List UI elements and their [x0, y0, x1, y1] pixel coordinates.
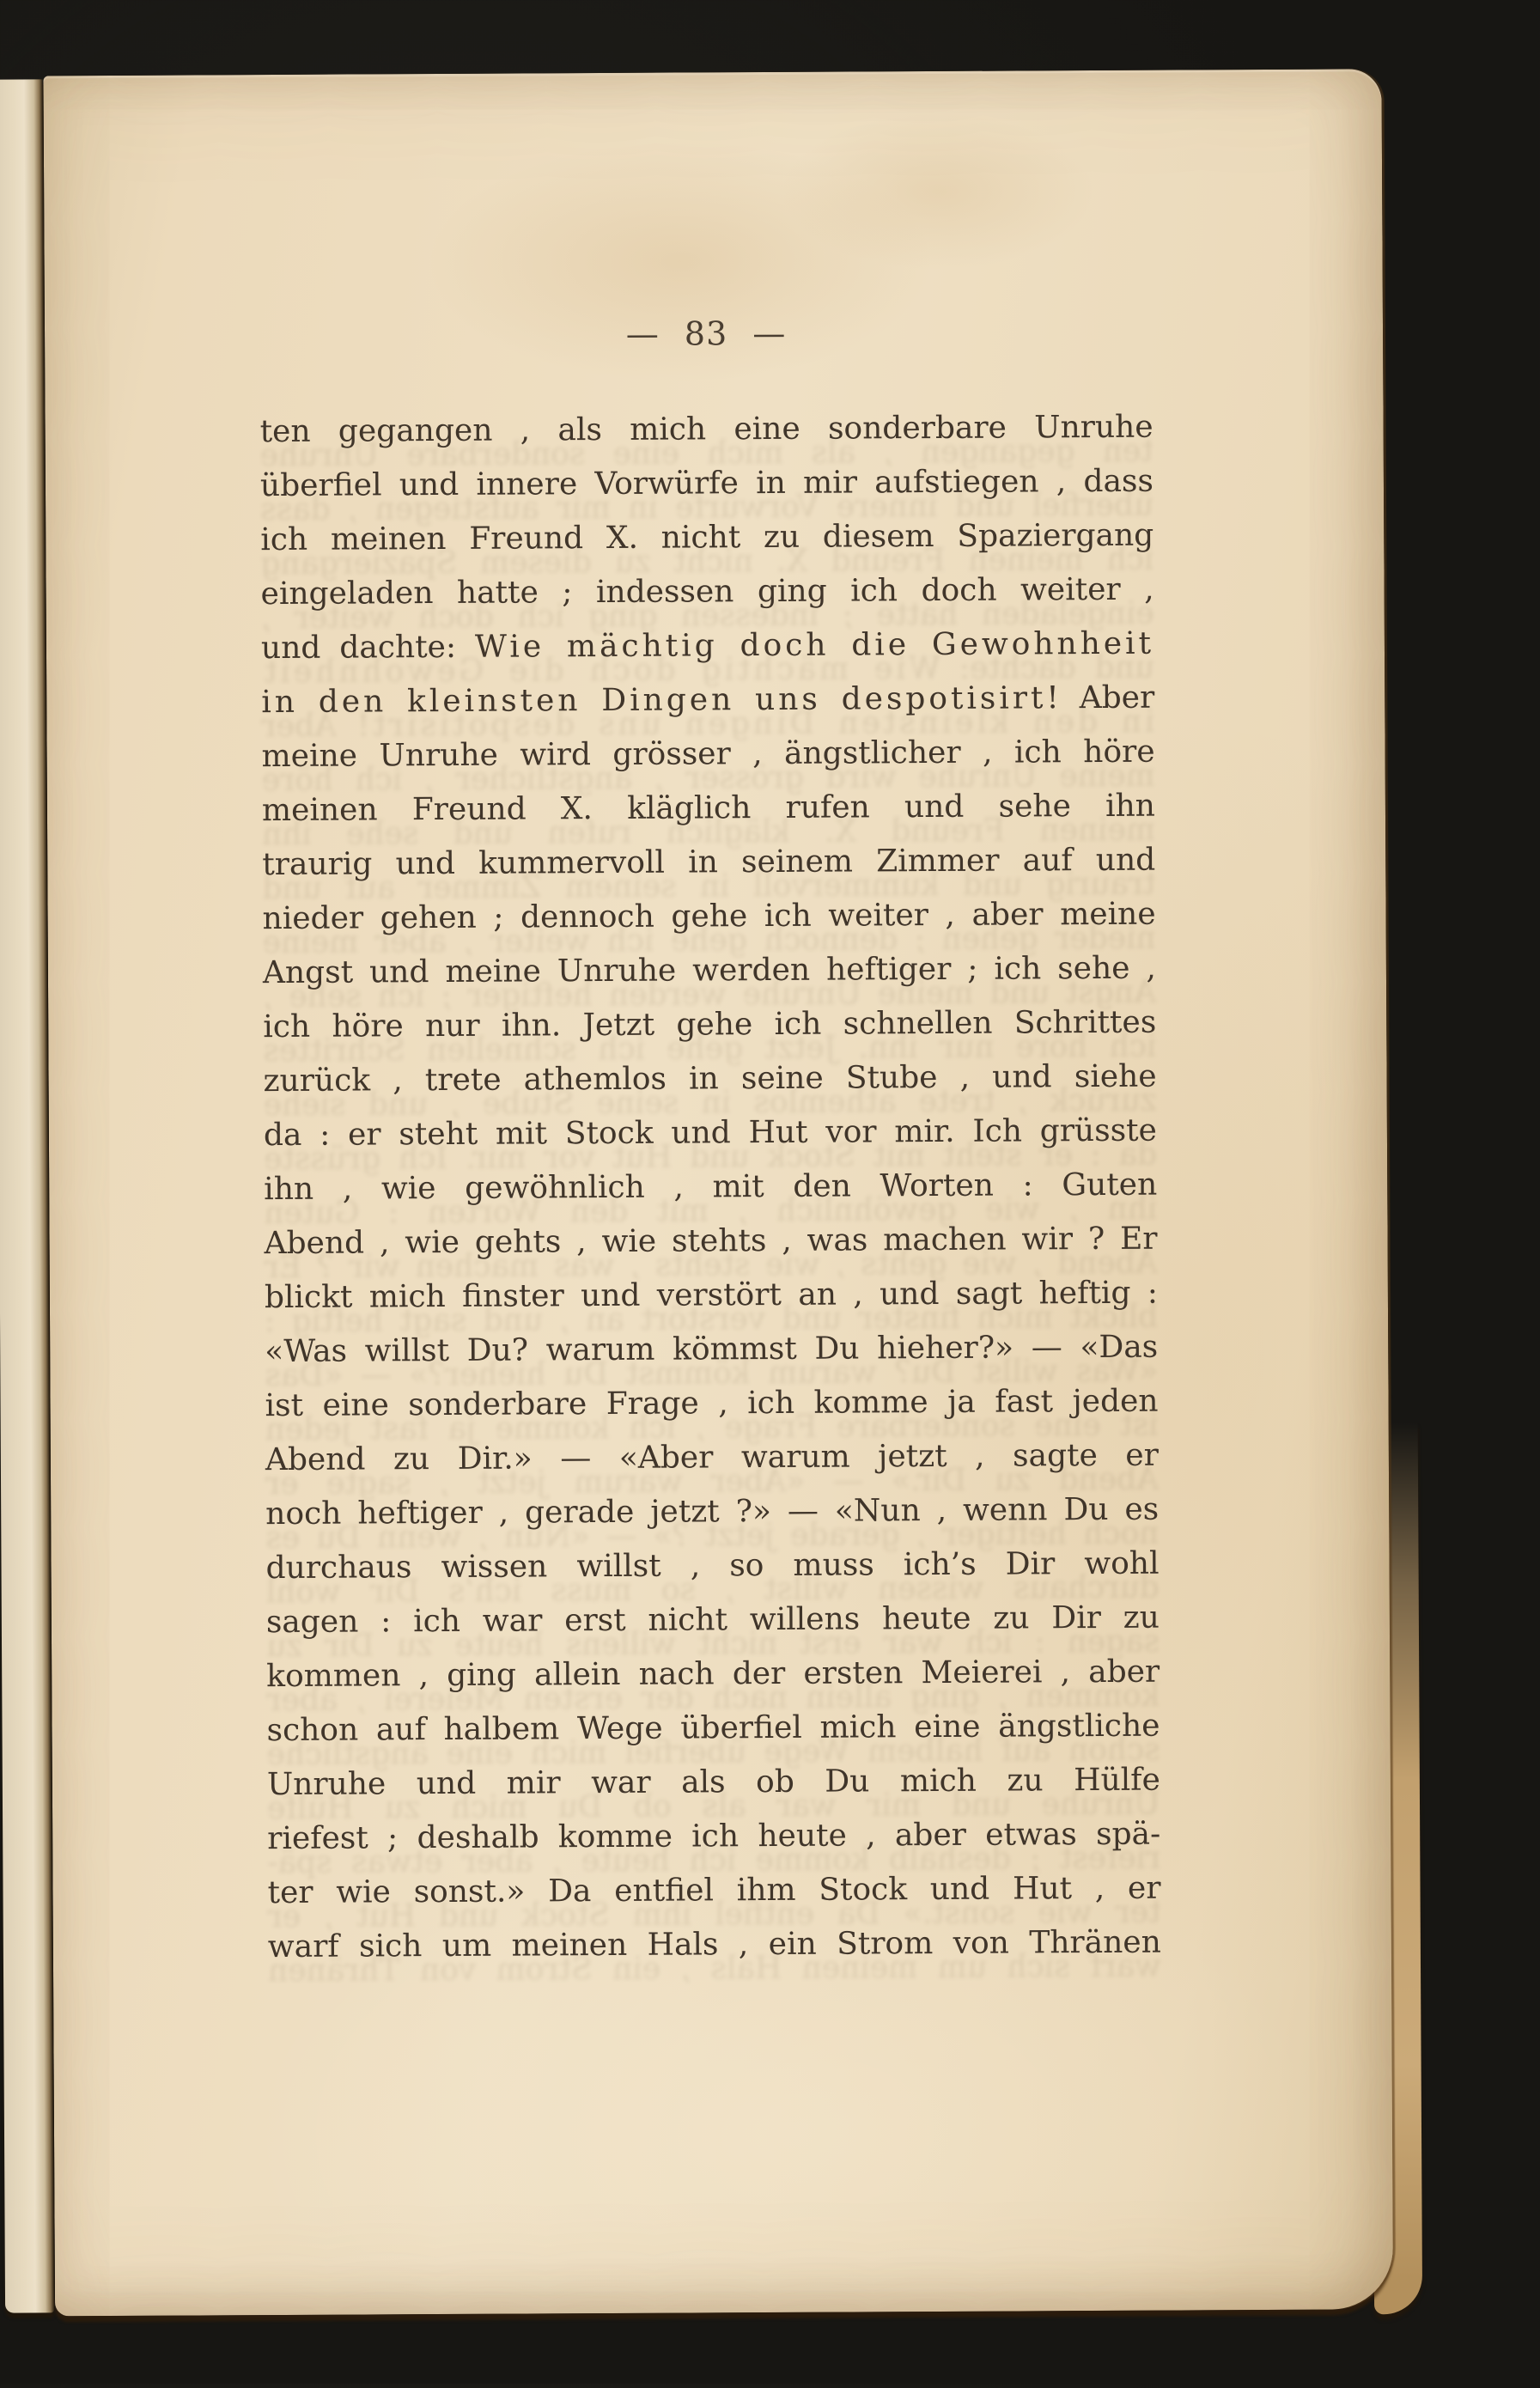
book-page: — 83 — ten gegangen , als mich eine sond…	[43, 69, 1393, 2316]
text-line: ihn , wie gewöhnlich , mit den Worten : …	[264, 1158, 1157, 1216]
text-line: zurück , trete athemlos in seine Stube ,…	[263, 1050, 1156, 1108]
text-line: meine Unruhe wird grösser , ängstlicher …	[261, 725, 1154, 783]
text-line: Angst und meine Unruhe werden heftiger ;…	[263, 941, 1156, 1000]
text-line: «Was willst Du? warum kömmst Du hieher?»…	[265, 1320, 1158, 1379]
text-line: meinen Freund X. kläglich rufen und sehe…	[262, 779, 1155, 838]
text-line: Abend zu Dir.» — «Aber warum jetzt , sag…	[265, 1429, 1159, 1487]
scan-wrapper: — 83 — ten gegangen , als mich eine sond…	[0, 0, 1540, 2384]
body-text: ten gegangen , als mich eine sonderbare …	[259, 400, 1161, 1974]
text-line: noch heftiger , gerade jetzt ?» — «Nun ,…	[265, 1483, 1159, 1541]
text-line: ten gegangen , als mich eine sonderbare …	[259, 400, 1153, 459]
text-line: durchaus wissen willst , so muss ich’s D…	[265, 1537, 1159, 1595]
text-line: blickt mich finster und verstört an , un…	[265, 1266, 1158, 1325]
text-line: eingeladen hatte ; indessen ging ich doc…	[260, 563, 1153, 621]
text-line: ter wie sonst.» Da entfiel ihm Stock und…	[267, 1861, 1160, 1920]
page-number: — 83 —	[259, 309, 1153, 358]
text-line: riefest ; deshalb komme ich heute , aber…	[267, 1807, 1160, 1866]
text-line: ich meinen Freund X. nicht zu diesem Spa…	[260, 509, 1153, 567]
text-line: nieder gehen ; dennoch gehe ich weiter ,…	[262, 887, 1155, 946]
text-line: da : er steht mit Stock und Hut vor mir.…	[264, 1104, 1157, 1162]
text-line: kommen , ging allein nach der ersten Mei…	[266, 1645, 1160, 1703]
text-line: ist eine sonderbare Frage , ich komme ja…	[265, 1374, 1158, 1433]
text-line: Abend , wie gehts , wie stehts , was mac…	[264, 1212, 1157, 1270]
text-line: ich höre nur ihn. Jetzt gehe ich schnell…	[263, 996, 1156, 1054]
text-line: und dachte: Wie mächtig doch die Gewohnh…	[261, 617, 1154, 675]
text-line: warf sich um meinen Hals , ein Strom von…	[268, 1916, 1161, 1974]
text-line: in den kleinsten Dingen uns despotisirt!…	[261, 671, 1154, 729]
text-line: traurig und kummervoll in seinem Zimmer …	[262, 833, 1155, 892]
text-line: sagen : ich war erst nicht willens heute…	[266, 1591, 1160, 1649]
text-line: schon auf halbem Wege überfiel mich eine…	[266, 1699, 1160, 1757]
text-line: überfiel und innere Vorwürfe in mir aufs…	[260, 454, 1153, 513]
text-line: Unruhe und mir war als ob Du mich zu Hül…	[267, 1753, 1160, 1812]
